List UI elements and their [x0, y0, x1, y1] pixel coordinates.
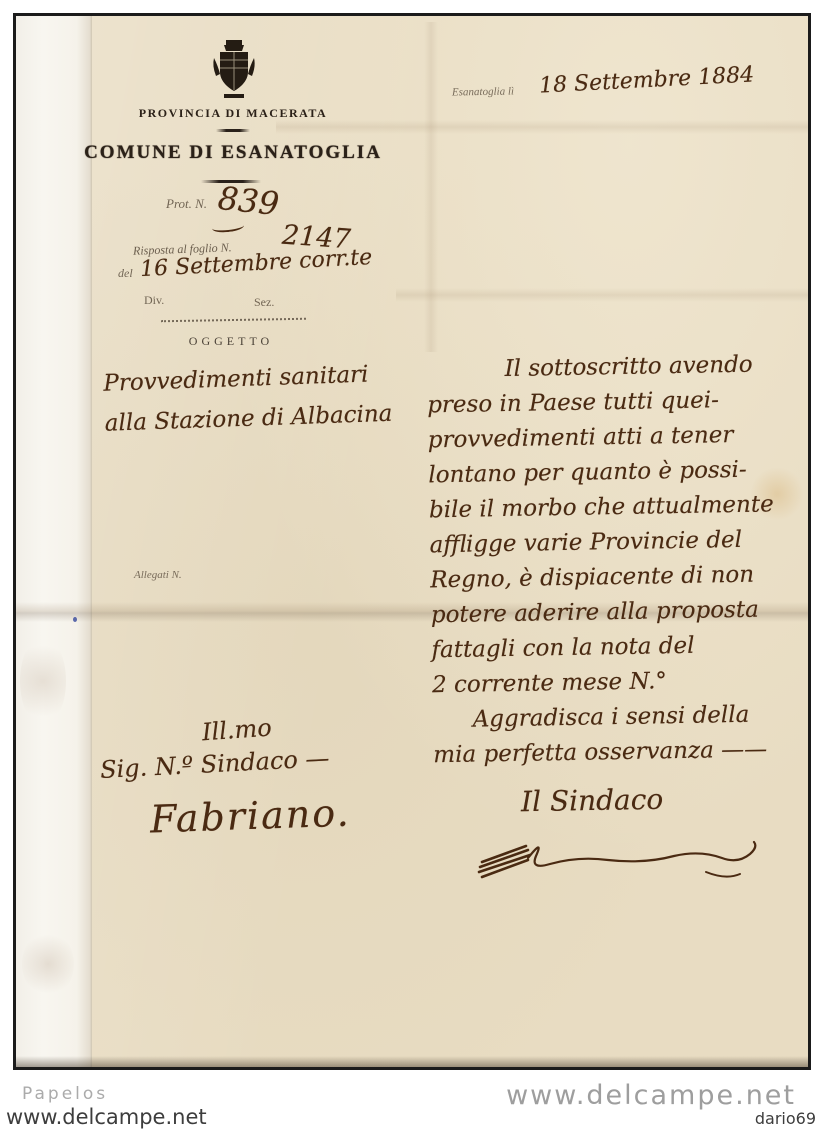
ornament-divider	[216, 129, 250, 132]
mayor-signature	[468, 828, 778, 894]
watermark-site-right: www.delcampe.net	[506, 1080, 796, 1111]
letter-body: Il sottoscritto avendo preso in Paese tu…	[426, 351, 811, 778]
protocol-number: 839	[216, 179, 281, 223]
closing-role: Il Sindaco	[521, 783, 664, 818]
protocol-label: Prot. N.	[166, 196, 207, 212]
fold-crease	[424, 22, 438, 352]
letter-photo: PROVINCIA DI MACERATA COMUNE DI ESANATOG…	[13, 13, 811, 1070]
reply-prefix-label: del	[118, 266, 133, 281]
body-line: mia perfetta osservanza ——	[433, 736, 811, 778]
municipal-crest-icon	[212, 38, 256, 106]
paper-stain	[22, 931, 74, 997]
address-honorific: Ill.mo	[201, 714, 272, 747]
attachments-label: Allegati N.	[134, 569, 182, 581]
paper-bottom-shadow	[16, 1056, 808, 1067]
province-title: PROVINCIA DI MACERATA	[108, 106, 358, 121]
watermark-username: dario69	[755, 1109, 816, 1128]
subject-text: Provvedimenti sanitari alla Stazione di …	[103, 352, 436, 443]
ink-dot	[73, 617, 77, 622]
dateline-place: Esanatoglia lì	[452, 85, 514, 98]
section-label: Sez.	[254, 295, 274, 310]
fold-crease	[276, 120, 808, 134]
fold-crease	[396, 288, 808, 302]
folded-page-edge	[16, 16, 92, 1067]
watermark-seller-name: Papelos	[22, 1084, 108, 1104]
subject-label: OGGETTO	[156, 334, 306, 349]
comune-title: COMUNE DI ESANATOGLIA	[78, 142, 388, 164]
address-city: Fabriano.	[149, 791, 351, 842]
division-label: Div.	[144, 293, 164, 308]
paper-stain	[20, 636, 66, 726]
watermark-site-left: www.delcampe.net	[6, 1105, 207, 1129]
